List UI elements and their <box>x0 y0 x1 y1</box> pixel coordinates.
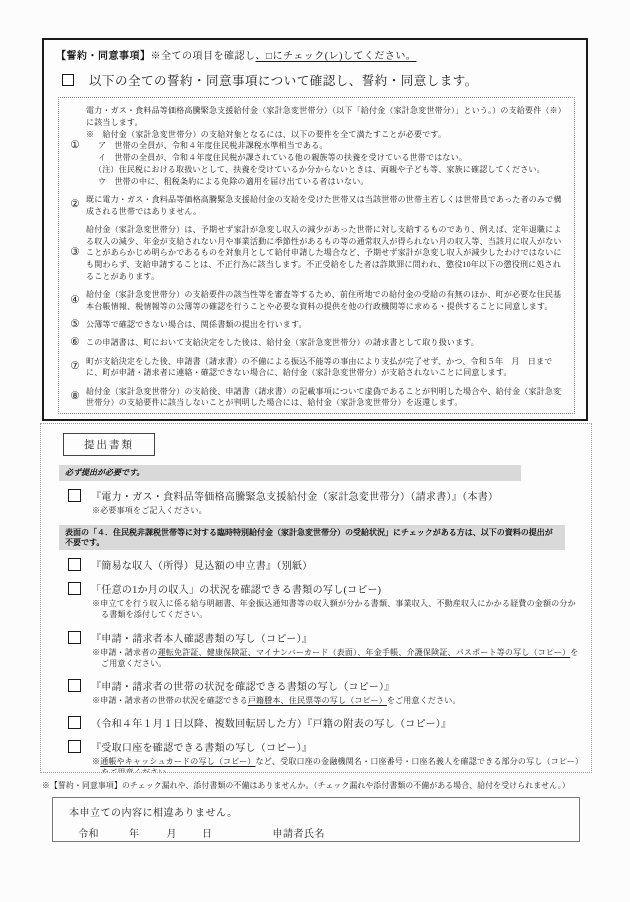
pledge-item-6: ⑥ この申請書は、町において支給決定をした後は、給付金（家計急変世帯分）の請求書… <box>64 337 565 349</box>
pledge-item-5: ⑤ 公簿等で確認できない場合は、関係書類の提出を行います。 <box>64 319 565 331</box>
document-checkbox-main-form[interactable] <box>68 489 81 502</box>
document-title-household-proof: 『申請・請求者の世帯の状況を確認できる書類の写し（コピー）』 <box>91 678 395 693</box>
document-item-income-statement: 『簡易な収入（所得）見込額の申立書』（別紙） <box>68 557 578 572</box>
pledge-item-4-text: 給付金（家計急変世帯分）の支給要件の該当性等を審査等するため、前住所地での給付金… <box>86 289 565 313</box>
document-note-household-proof: ※申請・請求者の世帯の状況を確認できる戸籍謄本、住民票等の写し（コピー）をご用意… <box>92 695 583 707</box>
pledge-item-5-text: 公簿等で確認できない場合は、関係書類の提出を行います。 <box>86 319 565 331</box>
pledge-section: 【誓約・同意事項】※全ての項目を確認し、□にチェック(レ)してください。 以下の… <box>42 38 588 421</box>
pledge-item-1-number: ① <box>64 141 86 152</box>
document-note-monthly-income-proof: ※申立てを行う収入に係る給与明細書、年金振込通知書等の収入額が分かる書類、事業収… <box>92 598 583 621</box>
pledge-item-8-text: 給付金（家計急変世帯分）の支給後、申請書（請求書）の記載事項について虚偽であるこ… <box>86 386 565 410</box>
document-note-identity-proof: ※申請・請求者の運転免許証、健康保険証、マイナンバーカード（表面）、年金手帳、介… <box>92 647 583 670</box>
documents-section-title: 提出書類 <box>63 433 155 456</box>
document-title-family-register-appendix: （令和４年１月１日以降、複数回転居した方）『戸籍の附表の写し（コピー）』 <box>91 715 451 730</box>
document-note-main-form: ※必要事項をご記入ください。 <box>92 505 583 517</box>
document-title-main-form: 『電力・ガス・食料品等価格高騰緊急支援給付金（家計急変世帯分）（請求書）』（本書… <box>91 488 498 503</box>
month-label: 月 <box>167 829 178 840</box>
document-item-household-proof: 『申請・請求者の世帯の状況を確認できる書類の写し（コピー）』 ※申請・請求者の世… <box>68 678 578 707</box>
pledge-item-8: ⑧ 給付金（家計急変世帯分）の支給後、申請書（請求書）の記載事項について虚偽であ… <box>64 386 565 410</box>
day-label: 日 <box>202 829 213 840</box>
document-checkbox-family-register-appendix[interactable] <box>68 716 81 729</box>
pledge-item-1-cond-u: ウ 世帯の中に、租税条約による免除の適用を届け出ている者はいない。 <box>86 176 565 188</box>
era-label: 令和 <box>78 829 99 840</box>
document-title-income-statement: 『簡易な収入（所得）見込額の申立書』（別紙） <box>91 557 313 572</box>
document-item-bank-account-proof: 『受取口座を確認できる書類の写し（コピー）』 ※通帳やキャッシュカードの写し（コ… <box>68 739 578 773</box>
pledge-items-box: ① 電力・ガス・食料品等価格高騰緊急支援給付金（家計急変世帯分）（以下「給付金（… <box>58 97 575 414</box>
pledge-item-7: ⑦ 町が支給決定をした後、申請書（請求書）の不備による振込不能等の事由により支払… <box>64 356 565 380</box>
pledge-item-3-number: ③ <box>64 248 86 259</box>
pledge-item-1-cond-i: イ 世帯の全員が、令和４年度住民税が課されている他の親族等の扶養を受けている世帯… <box>86 152 565 164</box>
pledge-item-1: ① 電力・ガス・食料品等価格高騰緊急支援給付金（家計急変世帯分）（以下「給付金（… <box>64 105 565 187</box>
pledge-header: 【誓約・同意事項】※全ての項目を確認し、□にチェック(レ)してください。 <box>56 47 575 62</box>
check-reminder-footnote: ※【誓約・同意事項】のチェック漏れや、添付書類の不備はありませんか。（チェック漏… <box>42 780 570 791</box>
pledge-item-7-text: 町が支給決定をした後、申請書（請求書）の不備による振込不能等の事由により支払が完… <box>86 356 565 380</box>
pledge-header-plain: ※全ての項目を確認し <box>151 51 256 62</box>
pledge-item-6-text: この申請書は、町において支給決定をした後は、給付金（家計急変世帯分）の請求書とし… <box>86 337 565 349</box>
document-checkbox-identity-proof[interactable] <box>68 631 81 644</box>
applicant-name-label: 申請者氏名 <box>273 829 326 840</box>
document-checkbox-household-proof[interactable] <box>68 679 81 692</box>
document-checkbox-income-statement[interactable] <box>68 558 81 571</box>
consent-row: 以下の全ての誓約・同意事項について確認し、誓約・同意します。 <box>62 71 575 89</box>
pledge-item-1-text: 電力・ガス・食料品等価格高騰緊急支援給付金（家計急変世帯分）（以下「給付金（家計… <box>86 105 565 129</box>
documents-section: 提出書類 必ず提出が必要です。 『電力・ガス・食料品等価格高騰緊急支援給付金（家… <box>40 423 592 773</box>
pledge-item-3: ③ 給付金（家計急変世帯分）は、予期せず家計が急変し収入の減少があった世帯に対し… <box>64 224 565 283</box>
document-checkbox-monthly-income-proof[interactable] <box>68 582 81 595</box>
pledge-item-4: ④ 給付金（家計急変世帯分）の支給要件の該当性等を審査等するため、前住所地での給… <box>64 289 565 313</box>
document-item-main-form: 『電力・ガス・食料品等価格高騰緊急支援給付金（家計急変世帯分）（請求書）』（本書… <box>68 488 578 517</box>
pledge-item-7-number: ⑦ <box>64 362 86 373</box>
document-checkbox-bank-account-proof[interactable] <box>68 740 81 753</box>
consent-checkbox[interactable] <box>62 74 74 86</box>
pledge-header-underlined: 、□にチェック(レ)してください。 <box>256 51 417 62</box>
pledge-item-5-number: ⑤ <box>64 320 86 331</box>
exemption-conditions-bar: 表面の「４．住民税非課税世帯等に対する臨時特別給付金（家計急変世帯分）の受給状況… <box>59 525 565 550</box>
pledge-item-1-note: ※ 給付金（家計急変世帯分）の支給対象となるには、以下の要件を全て満たすことが必… <box>86 129 565 141</box>
pledge-item-4-number: ④ <box>64 296 86 307</box>
pledge-item-2-number: ② <box>64 200 86 211</box>
pledge-item-6-number: ⑥ <box>64 338 86 349</box>
form-page: 【誓約・同意事項】※全ての項目を確認し、□にチェック(レ)してください。 以下の… <box>0 0 630 902</box>
pledge-item-3-text: 給付金（家計急変世帯分）は、予期せず家計が急変し収入の減少があった世帯に対し支給… <box>86 224 565 283</box>
required-documents-bar: 必ず提出が必要です。 <box>59 465 521 481</box>
pledge-header-bracket: 【誓約・同意事項】 <box>56 51 151 62</box>
document-title-monthly-income-proof: 「任意の1か月の収入」の状況を確認できる書類の写し(コピー) <box>91 581 381 596</box>
pledge-item-8-number: ⑧ <box>64 392 86 403</box>
pledge-item-1-cond-a: ア 世帯の全員が、令和４年度住民税非課税水準相当である。 <box>86 140 565 152</box>
document-note-bank-account-proof: ※通帳やキャッシュカードの写し（コピー）など、受取口座の金融機関名・口座番号・口… <box>92 756 583 773</box>
attestation-section: 本申立ての内容に相違ありません。 令和年月日申請者氏名 <box>52 797 580 842</box>
document-item-family-register-appendix: （令和４年１月１日以降、複数回転居した方）『戸籍の附表の写し（コピー）』 <box>68 715 578 730</box>
pledge-item-1-caution: （注）住民税における取扱いとして、扶養を受けているか分からないときは、両親や子ど… <box>86 164 565 176</box>
attestation-statement: 本申立ての内容に相違ありません。 <box>69 804 579 819</box>
pledge-item-2-text: 既に電力・ガス・食料品等価格高騰緊急支援給付金の支給を受けた世帯又は当該世帯の世… <box>86 194 565 218</box>
year-label: 年 <box>129 829 140 840</box>
consent-label: 以下の全ての誓約・同意事項について確認し、誓約・同意します。 <box>89 71 478 89</box>
document-title-identity-proof: 『申請・請求者本人確認書類の写し（コピー）』 <box>91 630 312 645</box>
document-item-monthly-income-proof: 「任意の1か月の収入」の状況を確認できる書類の写し(コピー) ※申立てを行う収入… <box>68 581 578 621</box>
document-title-bank-account-proof: 『受取口座を確認できる書類の写し（コピー）』 <box>91 739 312 754</box>
pledge-item-2: ② 既に電力・ガス・食料品等価格高騰緊急支援給付金の支給を受けた世帯又は当該世帯… <box>64 194 565 218</box>
attestation-dateline: 令和年月日申請者氏名 <box>53 825 579 840</box>
document-item-identity-proof: 『申請・請求者本人確認書類の写し（コピー）』 ※申請・請求者の運転免許証、健康保… <box>68 630 578 670</box>
